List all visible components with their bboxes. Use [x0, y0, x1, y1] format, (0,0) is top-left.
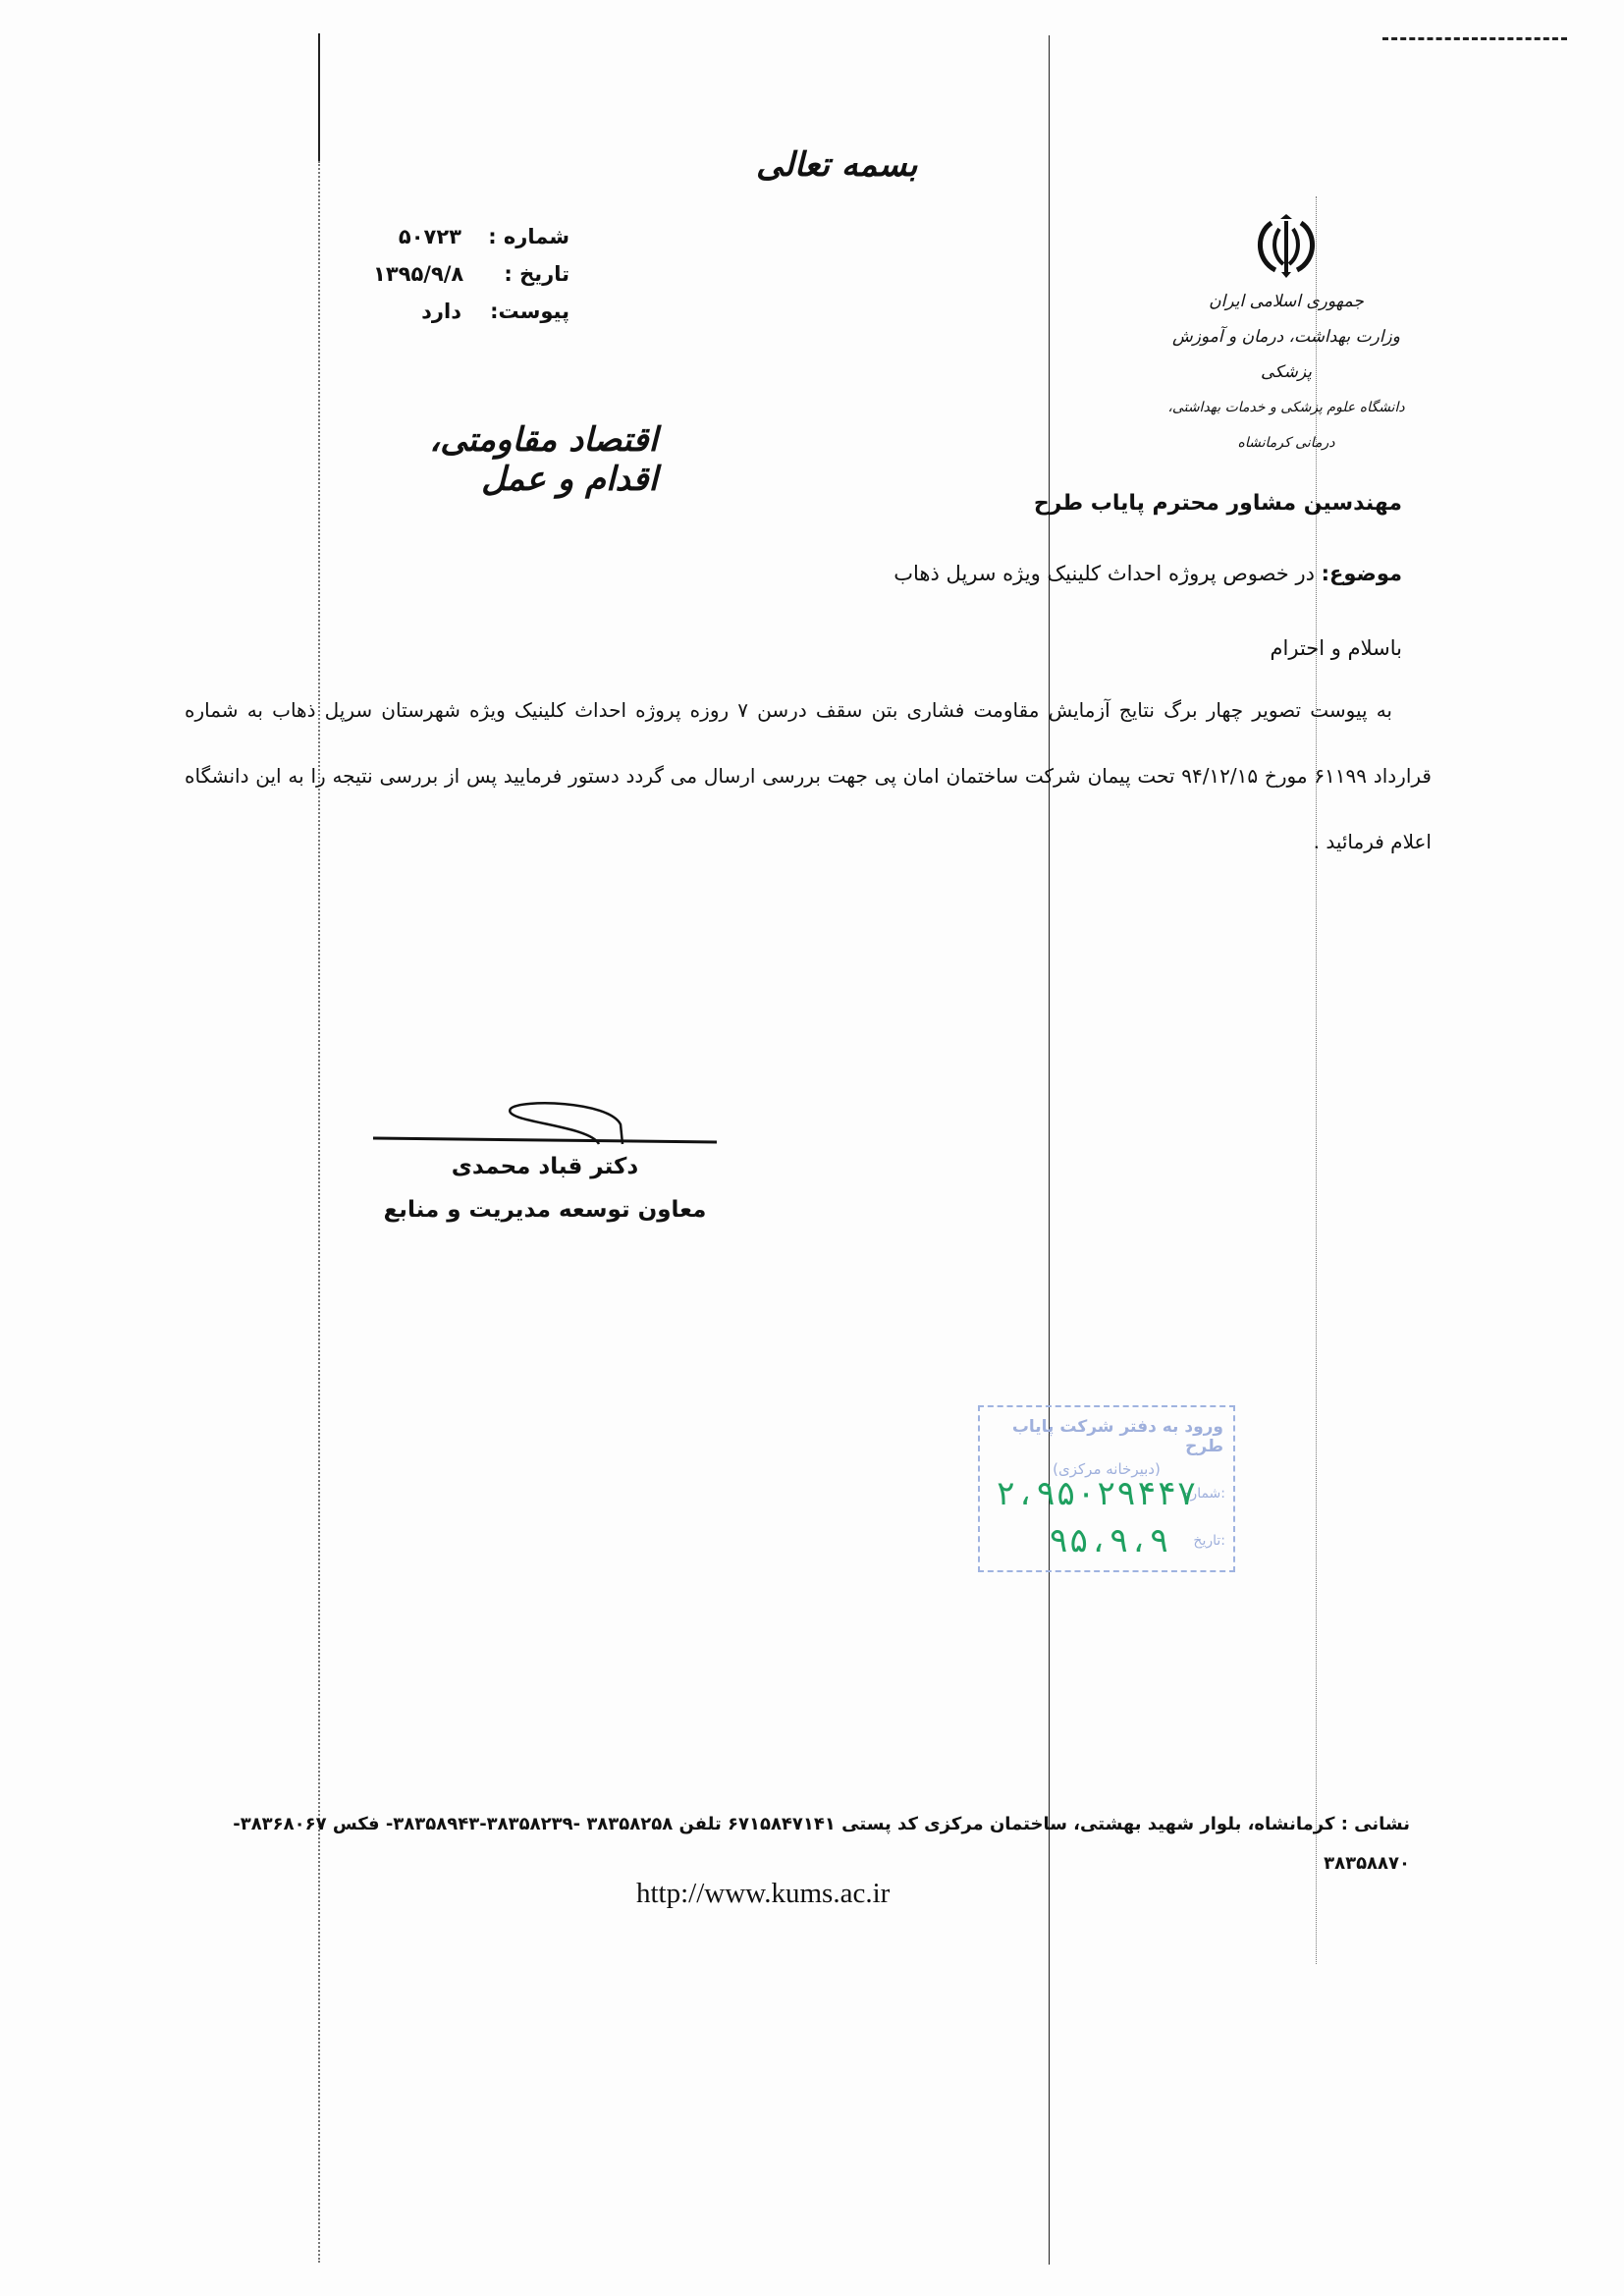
subject-text: در خصوص پروژه احداث کلینیک ویژه سرپل ذها…: [893, 562, 1315, 585]
slogan: اقتصاد مقاومتی، اقدام و عمل: [353, 420, 658, 499]
meta-number-label: شماره :: [481, 218, 569, 255]
meta-attachment-label: پیوست:: [481, 293, 569, 330]
greeting: باسلام و احترام: [1009, 636, 1402, 660]
scan-artifact-dotted-left: [318, 161, 320, 2263]
subject-line: موضوع: در خصوص پروژه احداث کلینیک ویژه س…: [617, 562, 1402, 585]
stamp-title: ورود به دفتر شرکت پایاب طرح: [980, 1407, 1233, 1456]
stamp-date-value: ۹۵،۹،۹: [1049, 1521, 1169, 1560]
meta-number: شماره : ۵۰۷۲۳: [373, 218, 569, 255]
letterhead-block: جمهوری اسلامی ایران وزارت بهداشت، درمان …: [1159, 211, 1414, 461]
footer-address: نشانی : کرمانشاه، بلوار شهید بهشتی، ساخت…: [192, 1805, 1410, 1884]
basmala: بسمه تعالی: [756, 145, 917, 185]
meta-attachment-value: دارد: [421, 293, 461, 330]
header-line-university: دانشگاه علوم پزشکی و خدمات بهداشتی، درما…: [1159, 390, 1414, 461]
signatory-title: معاون توسعه مدیریت و منابع: [363, 1197, 727, 1223]
signatory-name: دکتر قباد محمدی: [363, 1154, 727, 1179]
footer-url[interactable]: http://www.kums.ac.ir: [636, 1878, 890, 1910]
meta-attachment: پیوست: دارد: [373, 293, 569, 330]
meta-number-value: ۵۰۷۲۳: [399, 218, 461, 255]
letter-body: به پیوست تصویر چهار برگ نتایج آزمایش مقا…: [185, 678, 1432, 875]
header-line-ministry: وزارت بهداشت، درمان و آموزش پزشکی: [1159, 319, 1414, 390]
recipient: مهندسین مشاور محترم پایاب طرح: [715, 491, 1402, 516]
scan-artifact-line-center: [1049, 35, 1050, 2265]
signature-scribble-icon: [363, 1095, 727, 1154]
iran-emblem-icon: [1252, 211, 1321, 280]
stamp-number-value: ۲،۹۵۰۲۹۴۴۷: [996, 1474, 1197, 1513]
scan-artifact-top-line: [1382, 37, 1567, 40]
meta-date-value: ۱۳۹۵/۹/۸: [373, 255, 463, 293]
meta-date-label: تاریخ :: [483, 255, 569, 293]
ministry-header: جمهوری اسلامی ایران وزارت بهداشت، درمان …: [1159, 284, 1414, 461]
meta-date: تاریخ : ۱۳۹۵/۹/۸: [373, 255, 569, 293]
received-stamp: ورود به دفتر شرکت پایاب طرح (دبیرخانه مر…: [978, 1405, 1235, 1572]
scan-artifact-dotted-right: [1316, 196, 1317, 1964]
subject-label: موضوع:: [1322, 562, 1402, 585]
scan-artifact-line-left: [318, 33, 320, 161]
header-line-country: جمهوری اسلامی ایران: [1159, 284, 1414, 319]
letter-meta: شماره : ۵۰۷۲۳ تاریخ : ۱۳۹۵/۹/۸ پیوست: دا…: [373, 218, 569, 330]
stamp-date-label: تاریخ:: [1193, 1533, 1225, 1549]
signature-block: دکتر قباد محمدی معاون توسعه مدیریت و منا…: [363, 1095, 727, 1223]
